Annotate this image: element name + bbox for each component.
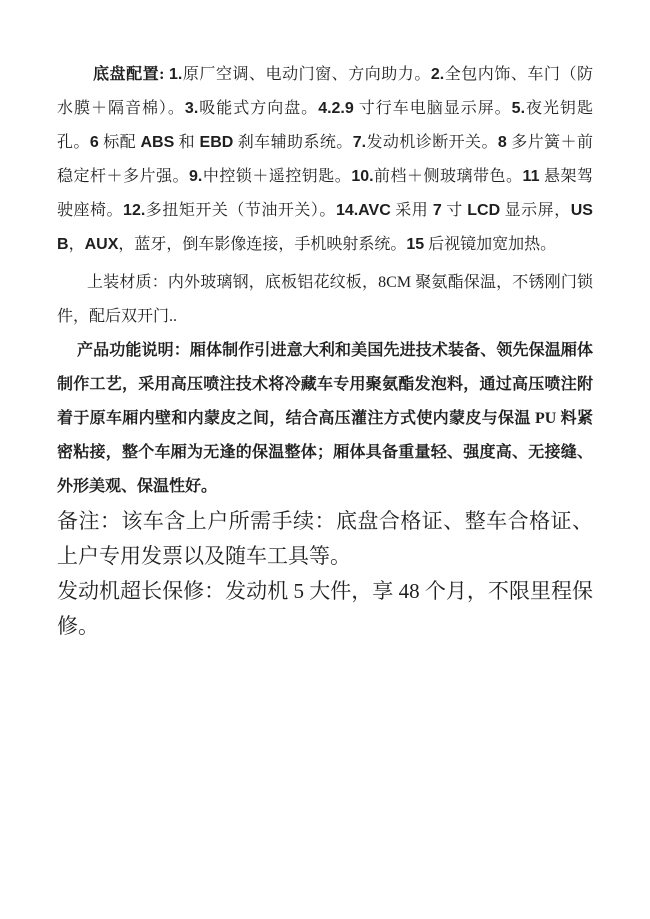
text-run-number: 3. — [185, 100, 198, 117]
text-run: 中控锁＋遥控钥匙。 — [202, 168, 351, 185]
text-run-number: 8 — [498, 134, 507, 151]
paragraph-body-materials: 上装材质：内外玻璃钢，底板铝花纹板，8CM 聚氨酯保温，不锈刚门锁件，配后双开门… — [57, 266, 593, 334]
text-run: 和 — [174, 134, 199, 151]
text-run: 上装材质：内外玻璃钢，底板铝花纹板，8CM 聚氨酯保温，不锈刚门锁件，配后双开门… — [57, 274, 593, 325]
text-run-number: 1. — [169, 66, 182, 83]
text-run: 底盘配置: — [93, 66, 169, 83]
text-run: 备注：该车含上户所需手续：底盘合格证、整车合格证、上户专用发票以及随车工具等。 — [57, 509, 593, 568]
text-run: 发动机诊断开关。 — [366, 134, 498, 151]
text-run-number: EBD — [200, 134, 234, 151]
text-run-number: 11 — [523, 168, 540, 185]
text-run: 前档＋侧玻璃带色。 — [374, 168, 523, 185]
text-run-number: ABS — [140, 134, 174, 151]
text-run-number: 9. — [189, 168, 202, 185]
text-run: 寸行车电脑显示屏。 — [354, 100, 512, 117]
text-run: 寸 — [442, 202, 468, 219]
text-run-number: LCD — [467, 202, 500, 219]
text-run: 显示屏， — [500, 202, 571, 219]
text-run-number: 12. — [123, 202, 145, 219]
text-run: 刹车辅助系统。 — [233, 134, 352, 151]
text-run: 产品功能说明：厢体制作引进意大利和美国先进技术装备、领先保温厢体制作工艺，采用高… — [57, 342, 593, 495]
text-run: 采用 — [391, 202, 433, 219]
text-run: ， — [69, 236, 85, 253]
text-run: ，蓝牙，倒车影像连接，手机映射系统。 — [118, 236, 406, 253]
text-run-number: 4.2.9 — [318, 100, 354, 117]
text-run-number: 6 — [90, 134, 99, 151]
text-run-number: 14.AVC — [336, 202, 391, 219]
text-run: 后视镜加宽加热。 — [424, 236, 556, 253]
text-run-number: 10. — [351, 168, 373, 185]
paragraph-chassis-config: 底盘配置: 1.原厂空调、电动门窗、方向助力。2.全包内饰、车门（防水膜＋隔音棉… — [57, 58, 593, 262]
paragraph-remarks: 备注：该车含上户所需手续：底盘合格证、整车合格证、上户专用发票以及随车工具等。 — [57, 504, 593, 574]
paragraph-engine-warranty: 发动机超长保修：发动机 5 大件，享 48 个月，不限里程保修。 — [57, 574, 593, 644]
document-content: 底盘配置: 1.原厂空调、电动门窗、方向助力。2.全包内饰、车门（防水膜＋隔音棉… — [57, 58, 593, 644]
text-run: 标配 — [99, 134, 141, 151]
document-page: 底盘配置: 1.原厂空调、电动门窗、方向助力。2.全包内饰、车门（防水膜＋隔音棉… — [0, 0, 650, 919]
text-run: 多扭矩开关（节油开关）。 — [145, 202, 336, 219]
text-run: 原厂空调、电动门窗、方向助力。 — [182, 66, 431, 83]
text-run-number: 15 — [406, 236, 424, 253]
text-run: 发动机超长保修：发动机 5 大件，享 48 个月，不限里程保修。 — [57, 579, 593, 638]
text-run-number: 2. — [431, 66, 444, 83]
text-run-number: 7 — [433, 202, 442, 219]
text-run-number: 7. — [353, 134, 366, 151]
text-run-number: AUX — [85, 236, 119, 253]
text-run: 吸能式方向盘。 — [198, 100, 318, 117]
text-run-number: 5. — [512, 100, 525, 117]
paragraph-product-function: 产品功能说明：厢体制作引进意大利和美国先进技术装备、领先保温厢体制作工艺，采用高… — [57, 334, 593, 504]
